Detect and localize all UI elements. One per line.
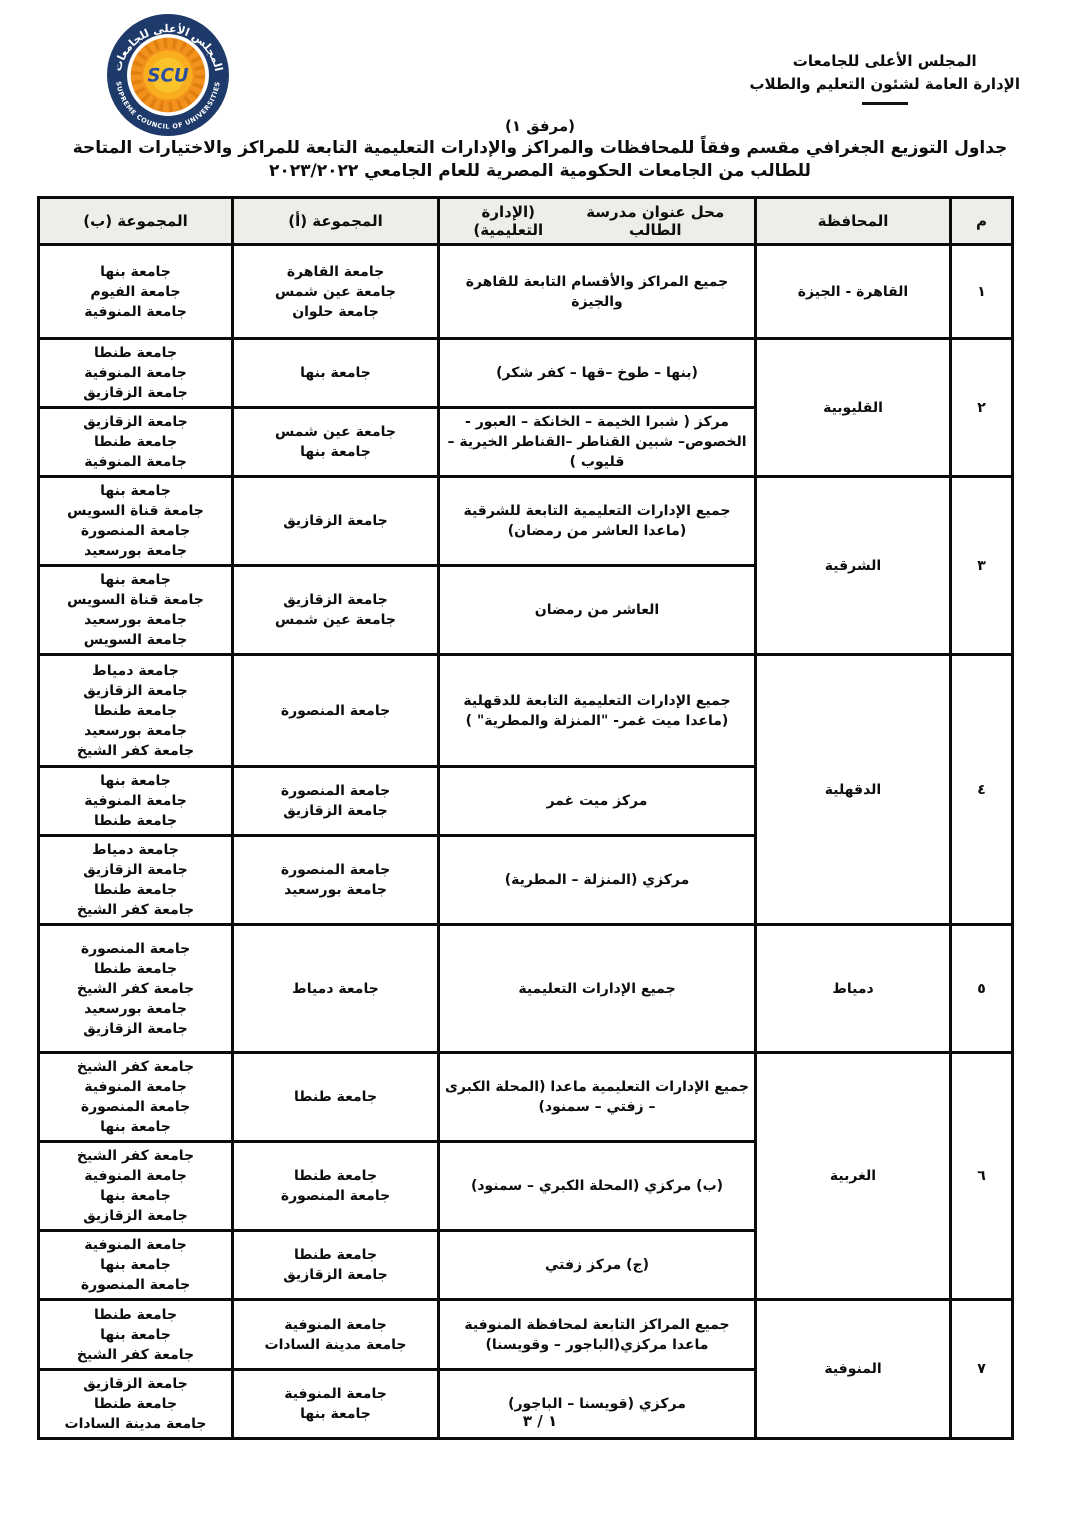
org-line1: المجلس الأعلى للجامعات: [749, 50, 1020, 73]
distribution-table: م المحافظة محل عنوان مدرسة الطالب (الإدا…: [37, 196, 1014, 1440]
cell-group-b: جامعة كفر الشيخ جامعة المنوفية جامعة الم…: [39, 1053, 233, 1142]
cell-group-b: جامعة بنها جامعة قناة السويس جامعة المنص…: [39, 477, 233, 566]
cell-group-b: جامعة طنطا جامعة المنوفية جامعة الزقازيق: [39, 339, 233, 408]
cell-edu-admin: مركز ميت غمر: [439, 767, 756, 836]
cell-group-b: جامعة بنها جامعة المنوفية جامعة طنطا: [39, 767, 233, 836]
cell-governorate: الدقهلية: [756, 655, 951, 925]
cell-group-b: جامعة المنوفية جامعة بنها جامعة المنصورة: [39, 1231, 233, 1300]
cell-edu-admin: جميع الإدارات التعليمية التابعة للدقهلية…: [439, 655, 756, 767]
cell-row-number: ٤: [951, 655, 1013, 925]
table-row: ٦الغربيةجميع الإدارات التعليمية ماعدا (ا…: [39, 1053, 1013, 1142]
header-governorate: المحافظة: [756, 198, 951, 245]
cell-group-b: جامعة بنها جامعة قناة السويس جامعة بورسع…: [39, 566, 233, 655]
cell-group-a: جامعة القاهرة جامعة عين شمس جامعة حلوان: [233, 245, 439, 339]
cell-governorate: دمياط: [756, 925, 951, 1053]
table-row: ٤الدقهليةجميع الإدارات التعليمية التابعة…: [39, 655, 1013, 767]
document-title-line2: للطالب من الجامعات الحكومية المصرية للعا…: [0, 160, 1080, 183]
cell-governorate: الشرقية: [756, 477, 951, 655]
header-row-number: م: [951, 198, 1013, 245]
cell-edu-admin: العاشر من رمضان: [439, 566, 756, 655]
cell-group-b: جامعة الزقازيق جامعة طنطا جامعة المنوفية: [39, 408, 233, 477]
attachment-label: (مرفق ١): [0, 116, 1080, 136]
cell-group-a: جامعة طنطا: [233, 1053, 439, 1142]
cell-edu-admin: جميع الإدارات التعليمية ماعدا (المحلة ال…: [439, 1053, 756, 1142]
table-row: ١القاهرة - الجيزةجميع المراكز والأقسام ا…: [39, 245, 1013, 339]
cell-group-a: جامعة عين شمس جامعة بنها: [233, 408, 439, 477]
table-row: ٢القليوبية(بنها – طوخ –قها – كفر شكر)جام…: [39, 339, 1013, 408]
cell-edu-admin: جميع الإدارات التعليمية: [439, 925, 756, 1053]
cell-group-a: جامعة المنصورة: [233, 655, 439, 767]
distribution-table-body: ١القاهرة - الجيزةجميع المراكز والأقسام ا…: [39, 245, 1013, 1439]
cell-group-b: جامعة كفر الشيخ جامعة المنوفية جامعة بنه…: [39, 1142, 233, 1231]
header-school-address: محل عنوان مدرسة الطالب (الإدارة التعليمي…: [439, 198, 756, 245]
page-number: ١ / ٣: [0, 1412, 1080, 1430]
cell-group-a: جامعة المنوفية جامعة مدينة السادات: [233, 1300, 439, 1370]
cell-group-b: جامعة دمياط جامعة الزقازيق جامعة طنطا جا…: [39, 655, 233, 767]
cell-group-a: جامعة دمياط: [233, 925, 439, 1053]
cell-row-number: ٣: [951, 477, 1013, 655]
header-edu-admin-label: (الإدارة التعليمية): [450, 203, 566, 239]
cell-edu-admin: جميع المراكز والأقسام التابعة للقاهرة وا…: [439, 245, 756, 339]
header-group-b: المجموعة (ب): [39, 198, 233, 245]
cell-group-b: جامعة طنطا جامعة بنها جامعة كفر الشيخ: [39, 1300, 233, 1370]
cell-group-a: جامعة المنصورة جامعة بورسعيد: [233, 836, 439, 925]
divider-dash: [862, 102, 908, 105]
cell-group-a: جامعة الزقازيق جامعة عين شمس: [233, 566, 439, 655]
cell-group-a: جامعة طنطا جامعة الزقازيق: [233, 1231, 439, 1300]
org-header: المجلس الأعلى للجامعات الإدارة العامة لش…: [749, 50, 1020, 105]
cell-group-a: جامعة طنطا جامعة المنصورة: [233, 1142, 439, 1231]
cell-group-b: جامعة بنها جامعة الفيوم جامعة المنوفية: [39, 245, 233, 339]
cell-row-number: ١: [951, 245, 1013, 339]
cell-group-a: جامعة الزقازيق: [233, 477, 439, 566]
cell-group-b: جامعة المنصورة جامعة طنطا جامعة كفر الشي…: [39, 925, 233, 1053]
cell-group-a: جامعة بنها: [233, 339, 439, 408]
cell-row-number: ٥: [951, 925, 1013, 1053]
cell-group-a: جامعة المنصورة جامعة الزقازيق: [233, 767, 439, 836]
cell-row-number: ٢: [951, 339, 1013, 477]
cell-governorate: الغربية: [756, 1053, 951, 1300]
cell-edu-admin: مركز ( شبرا الخيمة – الخانكة – العبور - …: [439, 408, 756, 477]
table-header-row: م المحافظة محل عنوان مدرسة الطالب (الإدا…: [39, 198, 1013, 245]
cell-row-number: ٦: [951, 1053, 1013, 1300]
cell-edu-admin: جميع المراكز التابعة لمحافظة المنوفية ما…: [439, 1300, 756, 1370]
cell-edu-admin: مركزي (المنزلة – المطرية): [439, 836, 756, 925]
header-school-label: محل عنوان مدرسة الطالب: [566, 203, 744, 239]
cell-edu-admin: (بنها – طوخ –قها – كفر شكر): [439, 339, 756, 408]
cell-group-b: جامعة دمياط جامعة الزقازيق جامعة طنطا جا…: [39, 836, 233, 925]
cell-edu-admin: (ج) مركز زفتي: [439, 1231, 756, 1300]
document-title-line1: جداول التوزيع الجغرافي مقسم وفقاً للمحاف…: [0, 137, 1080, 160]
cell-governorate: القاهرة - الجيزة: [756, 245, 951, 339]
title-block: (مرفق ١) جداول التوزيع الجغرافي مقسم وفق…: [0, 116, 1080, 183]
document-page: SCU المجلس الأعلى للجامعات SUPREME COUNC…: [0, 0, 1080, 1528]
cell-edu-admin: (ب) مركزي (المحلة الكبري – سمنود): [439, 1142, 756, 1231]
table-row: ٣الشرقيةجميع الإدارات التعليمية التابعة …: [39, 477, 1013, 566]
header-group-a: المجموعة (أ): [233, 198, 439, 245]
cell-edu-admin: جميع الإدارات التعليمية التابعة للشرقية …: [439, 477, 756, 566]
table-row: ٧المنوفيةجميع المراكز التابعة لمحافظة ال…: [39, 1300, 1013, 1370]
logo-abbr: SCU: [147, 65, 188, 86]
cell-governorate: القليوبية: [756, 339, 951, 477]
table-row: ٥دمياطجميع الإدارات التعليميةجامعة دمياط…: [39, 925, 1013, 1053]
org-line2: الإدارة العامة لشئون التعليم والطلاب: [749, 73, 1020, 96]
